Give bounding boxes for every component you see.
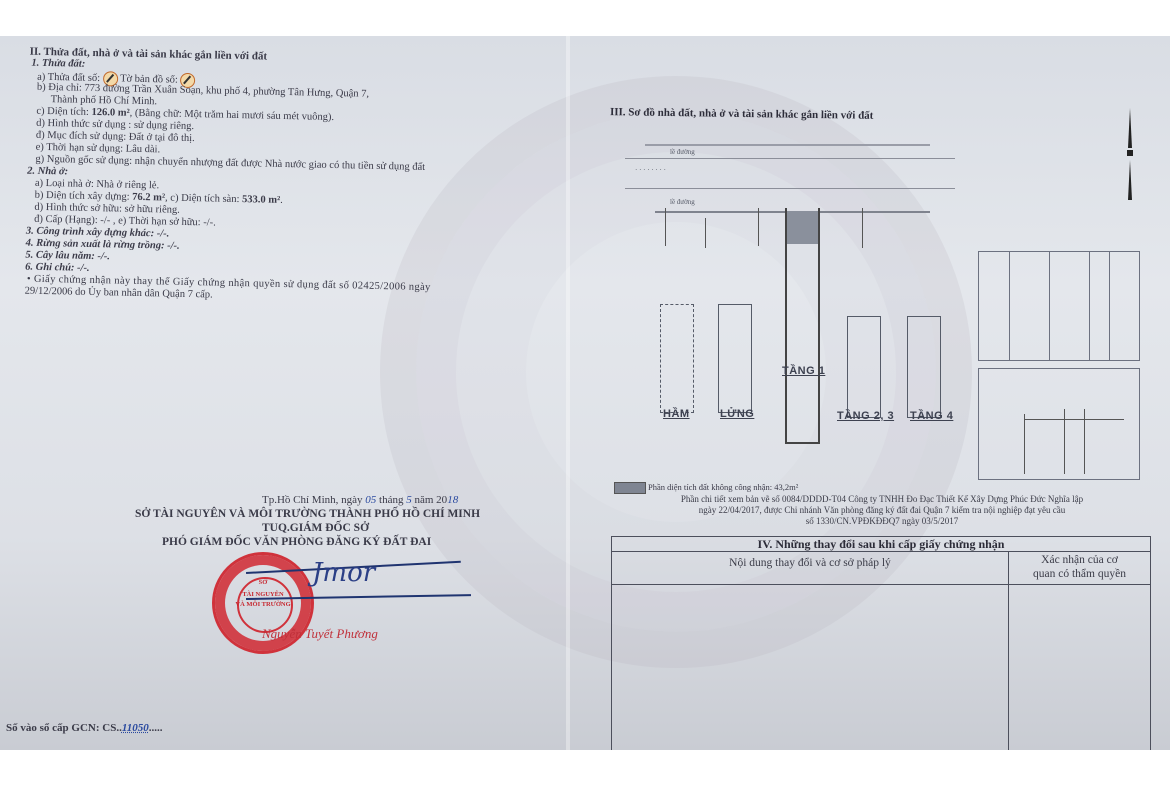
survey-note-1: Phần chi tiết xem bản vẽ số 0084/DDDD-T0… xyxy=(612,494,1152,504)
legend-text: Phần diện tích đất không công nhận: 43,2… xyxy=(648,481,798,493)
signer-name: Nguyễn Tuyết Phương xyxy=(262,626,378,642)
location-minimap xyxy=(978,368,1140,480)
survey-note-3: số 1330/CN.VPĐKĐĐQ7 ngày 03/5/2017 xyxy=(612,516,1152,526)
legend-swatch xyxy=(614,482,646,494)
floor-label: LỬNG xyxy=(720,408,754,420)
land-heading: 1. Thửa đất: xyxy=(31,58,85,71)
floor-area-value: 533.0 m² xyxy=(242,194,280,206)
floor-label: TẦNG 1 xyxy=(782,365,825,377)
use-origin: g) Nguồn gốc sử dụng: nhận chuyển nhượng… xyxy=(35,154,425,174)
stamp-text: SỞ xyxy=(233,579,293,586)
section4-title: IV. Những thay đổi sau khi cấp giấy chứn… xyxy=(612,537,1150,552)
col-change-content: Nội dung thay đổi và cơ sở pháp lý xyxy=(612,557,1008,569)
house-heading: 2. Nhà ở: xyxy=(27,166,68,179)
floor-label: TẦNG 4 xyxy=(910,410,953,422)
survey-note-2: ngày 22/04/2017, được Chi nhánh Văn phòn… xyxy=(612,505,1152,515)
registry-value: 11050 xyxy=(122,722,149,734)
date-day: 05 xyxy=(365,494,376,506)
road-line xyxy=(645,144,930,146)
floor-label: HẦM xyxy=(663,408,690,420)
signing-date: Tp.Hồ Chí Minh, ngày 05 tháng 5 năm 2018 xyxy=(262,494,458,506)
col-authority-confirmation: Xác nhận của cơ quan có thẩm quyền xyxy=(1009,553,1150,581)
non-recognized-area xyxy=(787,211,818,244)
area-value: 126.0 m² xyxy=(91,107,129,119)
agency-name: SỞ TÀI NGUYÊN VÀ MÔI TRƯỜNG THÀNH PHỐ HỒ… xyxy=(135,508,480,520)
section3-title: III. Sơ đồ nhà đất, nhà ở và tài sản khá… xyxy=(610,106,874,122)
diagram-label: lề đường xyxy=(670,148,695,156)
site-diagram: lề đường · · · · · · · · lề đường HẦM LỬ… xyxy=(615,136,960,476)
certificate-sheet: II. Thửa đất, nhà ở và tài sản khác gắn … xyxy=(0,36,1170,750)
north-arrow-icon xyxy=(1128,108,1132,208)
changes-table: IV. Những thay đổi sau khi cấp giấy chứn… xyxy=(611,536,1151,750)
floor-label: TẦNG 2, 3 xyxy=(837,410,894,422)
stamp-text: VÀ MÔI TRƯỜNG xyxy=(233,601,293,608)
road-line xyxy=(625,188,955,189)
diagram-label: lề đường xyxy=(670,198,695,206)
on-behalf: TUQ.GIÁM ĐỐC SỞ xyxy=(262,522,369,534)
floor-plan-floor-4 xyxy=(907,316,941,418)
registry-number: Số vào sổ cấp GCN: CS..11050..... xyxy=(6,722,162,734)
date-year: 18 xyxy=(447,494,458,506)
diagram-label: · · · · · · · · xyxy=(635,166,666,174)
page-fold xyxy=(566,36,570,750)
signature: Jmor xyxy=(312,558,375,588)
coordinate-table xyxy=(978,251,1140,361)
note-line-2: 29/12/2006 do Ủy ban nhân dân Quận 7 cấp… xyxy=(25,286,213,302)
signer-position: PHÓ GIÁM ĐỐC VĂN PHÒNG ĐĂNG KÝ ĐẤT ĐAI xyxy=(162,536,431,548)
floor-plan-mezzanine xyxy=(718,304,752,413)
road-line xyxy=(625,158,955,159)
floor-plan-floor-2-3 xyxy=(847,316,881,418)
floor-plan-basement xyxy=(660,304,694,413)
built-area-value: 76.2 m² xyxy=(132,192,165,204)
